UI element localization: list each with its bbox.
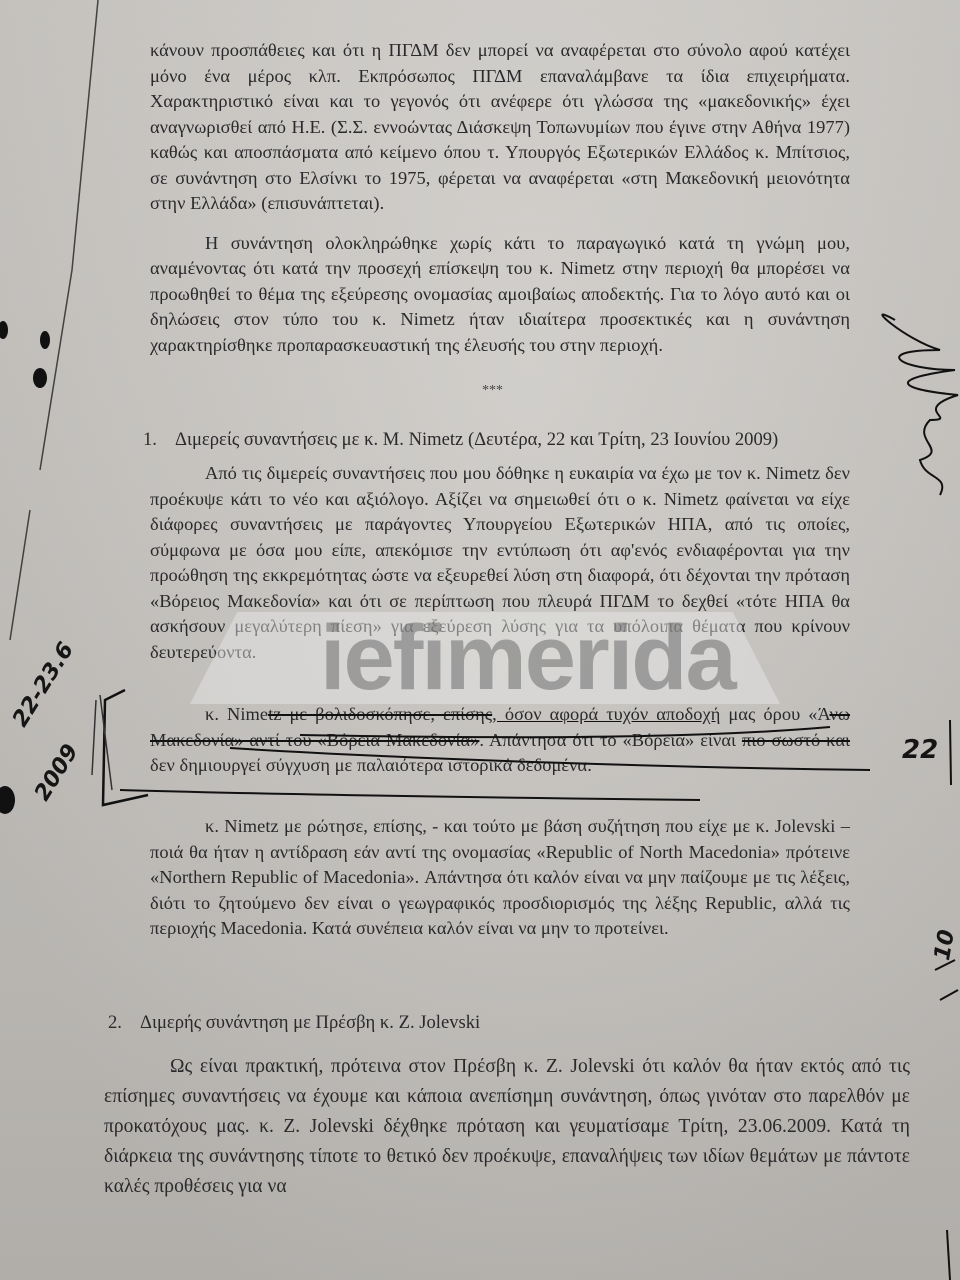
section-separator: *** [482,383,503,399]
section-1-title: Διμερείς συναντήσεις με κ. Μ. Nimetz (Δε… [175,429,778,450]
section-2-heading: 2.Διμερής συνάντηση με Πρέσβη κ. Ζ. Jole… [108,1010,480,1035]
struck-text: tz με βολιδοσκόπησε, επίσης [268,704,492,724]
section-2-paragraph-1: Ως είναι πρακτική, πρότεινα στον Πρέσβη … [104,1052,910,1202]
text-segment: μας όρου «Ά [720,704,829,724]
section-1-heading: 1.Διμερείς συναντήσεις με κ. Μ. Nimetz (… [143,427,778,452]
text-segment: . Απάντησα ότι το «Βόρεια» είναι [479,730,742,750]
section-1-body-2: κ. Nimetz με ρώτησε, επίσης, - και τούτο… [150,814,850,942]
section-1-paragraph-3: κ. Nimetz με ρώτησε, επίσης, - και τούτο… [150,814,850,942]
section-1-body: Από τις διμερείς συναντήσεις που μου δόθ… [150,461,850,665]
section-1-paragraph-2: κ. Nimetz με βολιδοσκόπησε, επίσης, όσον… [150,702,850,779]
section-2-body: Ως είναι πρακτική, πρότεινα στον Πρέσβη … [104,1052,910,1202]
handwritten-page-number: 22 [902,735,938,765]
text-segment: κ. Nime [205,704,268,724]
section-2-number: 2. [108,1010,140,1035]
handwritten-date-line1: 22-23.6 [8,638,79,731]
section-1-annotated-paragraph: κ. Nimetz με βολιδοσκόπησε, επίσης, όσον… [150,702,850,779]
handwritten-margin-mark: 10 [930,928,960,963]
section-1-paragraph-1: Από τις διμερείς συναντήσεις που μου δόθ… [150,461,850,665]
struck-text: πιο σωστό και [742,730,850,750]
document-body-top: κάνουν προσπάθειες και ότι η ΠΓΔΜ δεν μπ… [150,38,850,358]
paragraph-meeting-summary: Η συνάντηση ολοκληρώθηκε χωρίς κάτι το π… [150,231,850,359]
text-segment: δεν δημιουργεί σύγχυση με παλαιότερα ιστ… [150,755,592,775]
paragraph-continuation: κάνουν προσπάθειες και ότι η ΠΓΔΜ δεν μπ… [150,38,850,217]
section-2-title: Διμερής συνάντηση με Πρέσβη κ. Ζ. Jolevs… [140,1012,480,1033]
section-1-number: 1. [143,427,175,452]
handwritten-date-line2: 2009 [30,740,84,805]
underlined-text: , όσον αφορά τυχόν αποδοχή [492,704,720,724]
